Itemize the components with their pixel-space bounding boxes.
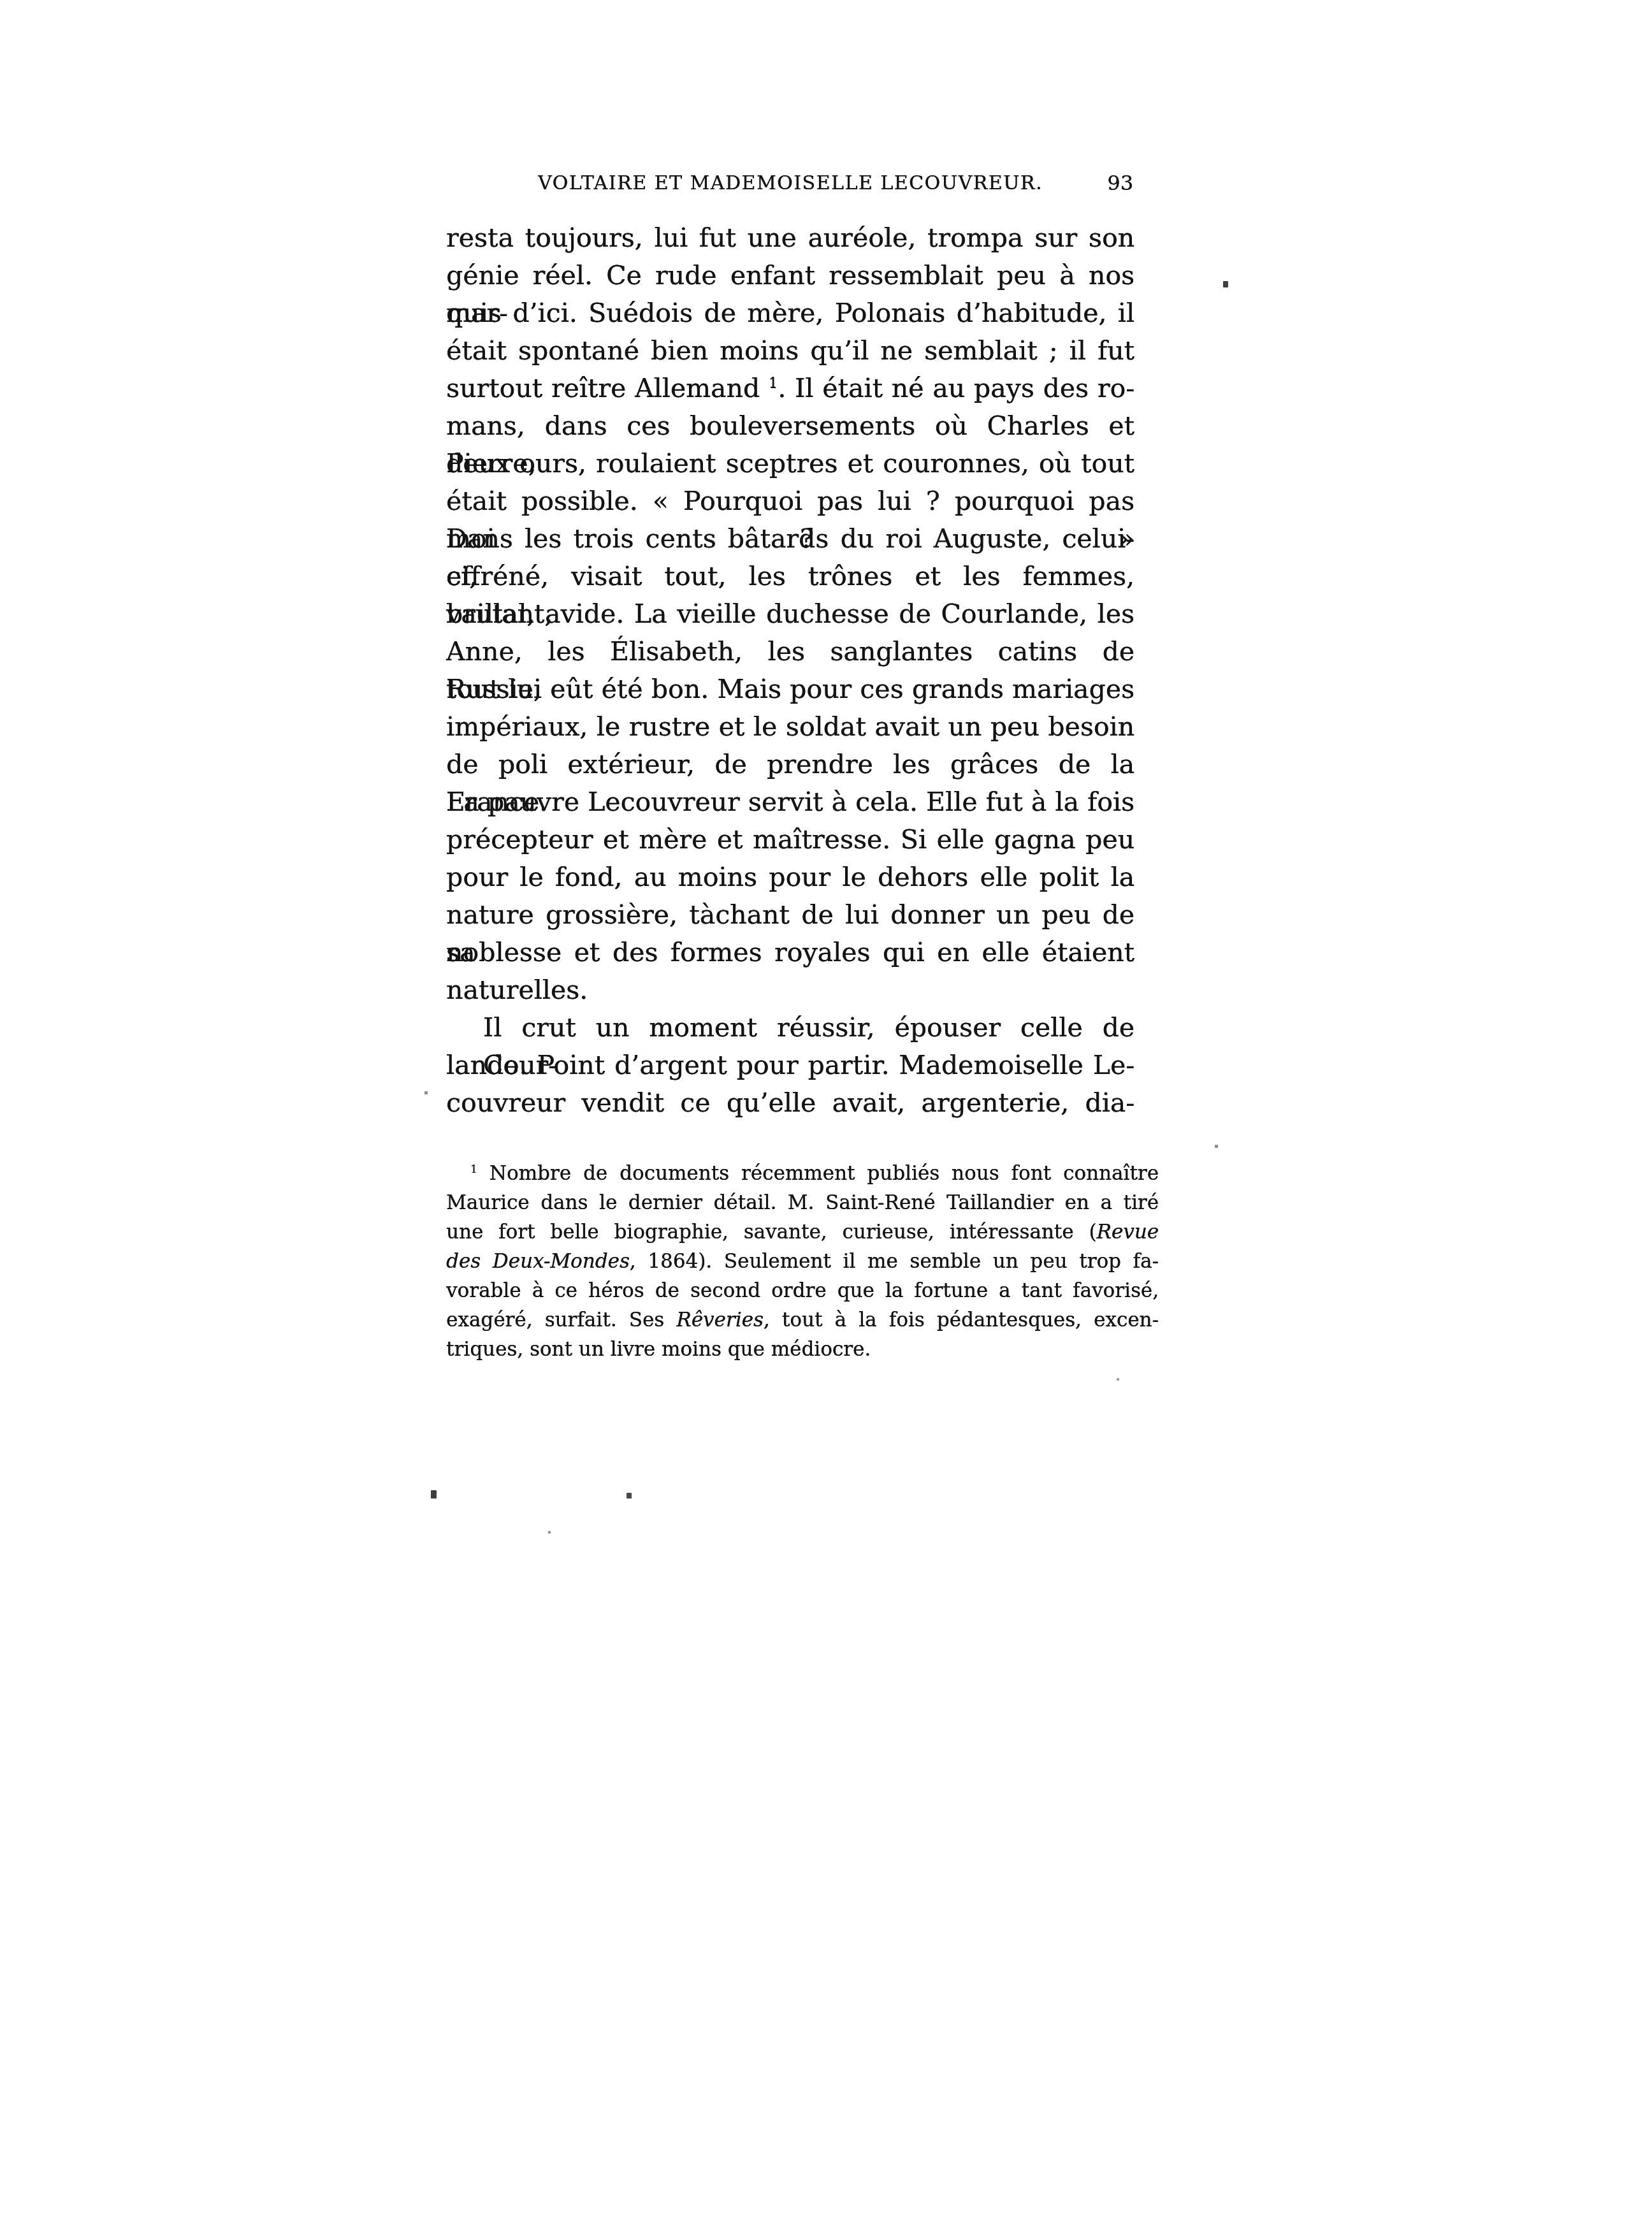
text-line: naturelles. <box>446 971 1134 1009</box>
text-segment: noblesse et des formes royales qui en el… <box>446 937 1134 968</box>
text-line: tout lui eût été bon. Mais pour ces gran… <box>446 671 1134 708</box>
text-segment: La pauvre Lecouvreur servit à cela. Elle… <box>446 787 1134 817</box>
text-line: nature grossière, tàchant de lui donner … <box>446 896 1134 934</box>
text-segment: pour le fond, au moins pour le dehors el… <box>446 862 1134 892</box>
text-line: triques, sont un livre moins que médiocr… <box>446 1335 1159 1364</box>
text-segment: naturelles. <box>446 975 588 1005</box>
text-line: quis d’ici. Suédois de mère, Polonais d’… <box>446 294 1134 332</box>
scan-speck <box>1215 1145 1218 1148</box>
text-segment: précepteur et mère et maîtresse. Si elle… <box>446 824 1134 855</box>
text-line: mans, dans ces bouleversements où Charle… <box>446 407 1134 445</box>
text-segment: exagéré, surfait. Ses <box>446 1309 676 1332</box>
text-segment: des Deux-Mondes <box>446 1250 630 1273</box>
text-segment: deux ours, roulaient sceptres et couronn… <box>446 448 1134 479</box>
text-segment: vorable à ce héros de second ordre que l… <box>446 1279 1159 1302</box>
page-number: 93 <box>1107 171 1133 195</box>
text-line: était spontané bien moins qu’il ne sembl… <box>446 332 1134 370</box>
text-line: 1 Nombre de documents récemment publiés … <box>446 1159 1159 1188</box>
text-segment: Rêveries <box>676 1309 764 1332</box>
text-segment: couvreur vendit ce qu’elle avait, argent… <box>446 1087 1134 1118</box>
text-line: des Deux-Mondes, 1864). Seulement il me … <box>446 1247 1159 1276</box>
text-segment: , tout à la fois pédantesques, excen- <box>764 1309 1159 1332</box>
text-segment: lande. Point d’argent pour partir. Madem… <box>446 1050 1134 1080</box>
text-segment: tout lui eût été bon. Mais pour ces gran… <box>446 674 1134 704</box>
text-line: de poli extérieur, de prendre les grâces… <box>446 746 1134 783</box>
text-line: brutal, avide. La vieille duchesse de Co… <box>446 595 1134 633</box>
text-line: Maurice dans le dernier détail. M. Saint… <box>446 1188 1159 1217</box>
body-text: resta toujours, lui fut une auréole, tro… <box>446 219 1134 1122</box>
book-page: VOLTAIRE ET MADEMOISELLE LECOUVREUR. 93 … <box>0 0 1652 2236</box>
scan-speck <box>1117 1378 1119 1381</box>
text-line: génie réel. Ce rude enfant ressemblait p… <box>446 257 1134 294</box>
text-segment: resta toujours, lui fut une auréole, tro… <box>446 222 1134 253</box>
text-line: précepteur et mère et maîtresse. Si elle… <box>446 821 1134 859</box>
text-segment: triques, sont un livre moins que médiocr… <box>446 1338 871 1361</box>
text-line: noblesse et des formes royales qui en el… <box>446 934 1134 971</box>
text-segment: était spontané bien moins qu’il ne sembl… <box>446 335 1134 366</box>
text-line: une fort belle biographie, savante, curi… <box>446 1217 1159 1247</box>
running-header: VOLTAIRE ET MADEMOISELLE LECOUVREUR. 93 <box>446 172 1134 200</box>
text-line: couvreur vendit ce qu’elle avait, argent… <box>446 1084 1134 1122</box>
text-line: vorable à ce héros de second ordre que l… <box>446 1276 1159 1305</box>
text-line: lande. Point d’argent pour partir. Madem… <box>446 1047 1134 1084</box>
text-line: Dans les trois cents bâtards du roi Augu… <box>446 520 1134 558</box>
text-line: deux ours, roulaient sceptres et couronn… <box>446 445 1134 483</box>
text-segment: Nombre de documents récemment publiés no… <box>477 1162 1159 1185</box>
scan-speck <box>424 1091 428 1094</box>
text-segment: impériaux, le rustre et le soldat avait … <box>446 711 1134 742</box>
text-segment: , 1864). Seulement il me semble un peu t… <box>630 1250 1159 1273</box>
text-segment: . Il était né au pays des ro- <box>778 373 1134 403</box>
scan-speck <box>1223 281 1228 287</box>
footnote-reference: 1 <box>470 1163 477 1176</box>
text-segment: brutal, avide. La vieille duchesse de Co… <box>446 599 1134 629</box>
text-line: Il crut un moment réussir, épouser celle… <box>446 1009 1134 1047</box>
text-segment: quis d’ici. Suédois de mère, Polonais d’… <box>446 298 1134 328</box>
text-line: La pauvre Lecouvreur servit à cela. Elle… <box>446 783 1134 821</box>
scan-speck <box>431 1490 437 1499</box>
text-segment: Maurice dans le dernier détail. M. Saint… <box>446 1191 1159 1214</box>
page-title: VOLTAIRE ET MADEMOISELLE LECOUVREUR. <box>446 172 1134 194</box>
text-line: Anne, les Élisabeth, les sanglantes cati… <box>446 633 1134 671</box>
footnote: 1 Nombre de documents récemment publiés … <box>446 1159 1159 1364</box>
text-line: effréné, visait tout, les trônes et les … <box>446 558 1134 595</box>
text-line: surtout reître Allemand 1. Il était né a… <box>446 370 1134 407</box>
text-line: exagéré, surfait. Ses Rêveries, tout à l… <box>446 1305 1159 1335</box>
scan-speck <box>627 1493 632 1499</box>
footnote-reference: 1 <box>769 375 778 391</box>
text-line: resta toujours, lui fut une auréole, tro… <box>446 219 1134 257</box>
text-line: était possible. « Pourquoi pas lui ? pou… <box>446 483 1134 520</box>
scan-speck <box>548 1531 551 1534</box>
text-segment: une fort belle biographie, savante, curi… <box>446 1221 1096 1244</box>
text-line: impériaux, le rustre et le soldat avait … <box>446 708 1134 746</box>
text-segment: surtout reître Allemand <box>446 373 769 403</box>
text-segment: Revue <box>1096 1221 1159 1244</box>
text-line: pour le fond, au moins pour le dehors el… <box>446 859 1134 896</box>
